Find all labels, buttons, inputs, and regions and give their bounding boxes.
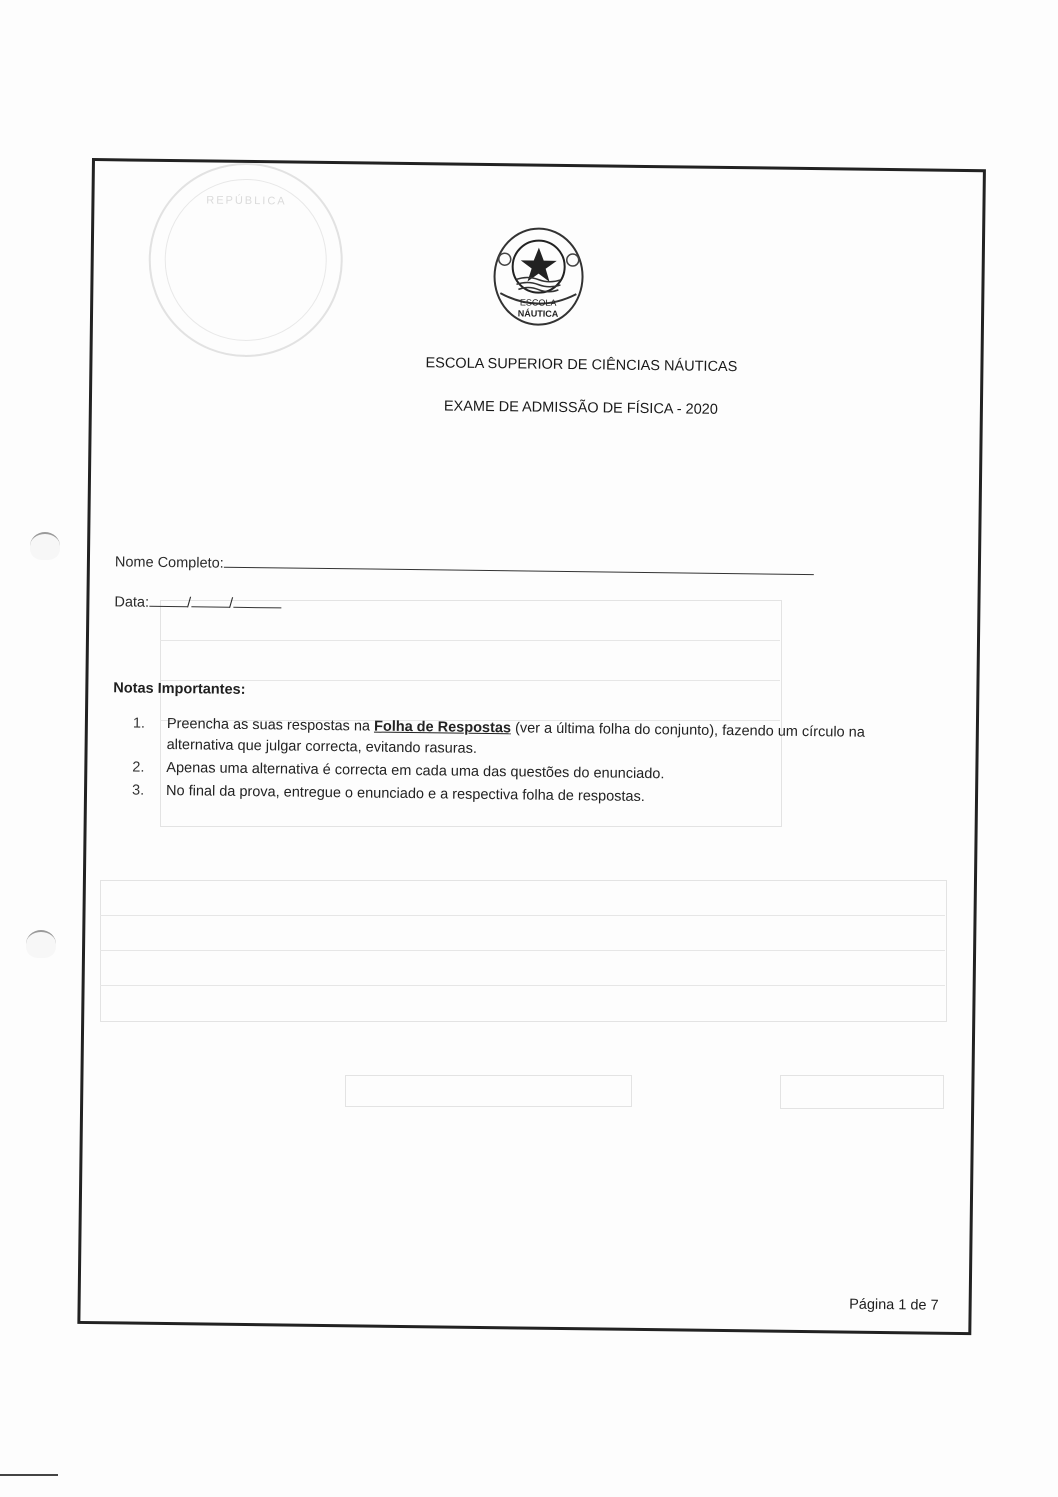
punch-hole (26, 930, 56, 958)
notes-title: Notas Importantes: (113, 680, 245, 698)
full-name-field[interactable]: Nome Completo: (115, 551, 814, 579)
school-logo: ESCOLA NÁUTICA (488, 221, 589, 332)
punch-hole (30, 532, 60, 560)
exam-cover-frame: REPÚBLICA ESCOLA NÁUTICA ESCOLA SUPERIOR… (77, 158, 986, 1335)
scan-edge-mark (0, 1474, 58, 1476)
note-text: Preencha as suas respostas na (167, 716, 374, 735)
date-month-blank[interactable] (191, 594, 229, 607)
notes-list: 1. Preencha as suas respostas na Folha d… (132, 714, 933, 814)
star-emblem-icon: ESCOLA NÁUTICA (488, 221, 589, 332)
note-number: 2. (132, 758, 144, 779)
exam-title: EXAME DE ADMISSÃO DE FÍSICA - 2020 (137, 395, 1025, 422)
date-field[interactable]: Data:// (114, 593, 281, 612)
note-item: 1. Preencha as suas respostas na Folha d… (132, 714, 932, 766)
note-text: Apenas uma alternativa é correcta em cad… (166, 760, 664, 782)
official-stamp: REPÚBLICA (148, 162, 344, 358)
answer-sheet-reference: Folha de Respostas (374, 719, 511, 737)
note-number: 3. (132, 781, 144, 802)
stamp-text: REPÚBLICA (181, 194, 311, 208)
full-name-label: Nome Completo: (115, 554, 224, 571)
date-year-blank[interactable] (233, 595, 281, 609)
note-text: No final da prova, entregue o enunciado … (166, 783, 645, 805)
date-day-blank[interactable] (149, 594, 187, 607)
institution-name: ESCOLA SUPERIOR DE CIÊNCIAS NÁUTICAS (137, 352, 1025, 379)
note-number: 1. (133, 714, 145, 735)
svg-text:NÁUTICA: NÁUTICA (518, 308, 559, 319)
full-name-blank[interactable] (224, 553, 814, 575)
svg-text:ESCOLA: ESCOLA (520, 297, 557, 307)
page-number: Página 1 de 7 (849, 1297, 939, 1314)
date-label: Data: (114, 594, 149, 610)
